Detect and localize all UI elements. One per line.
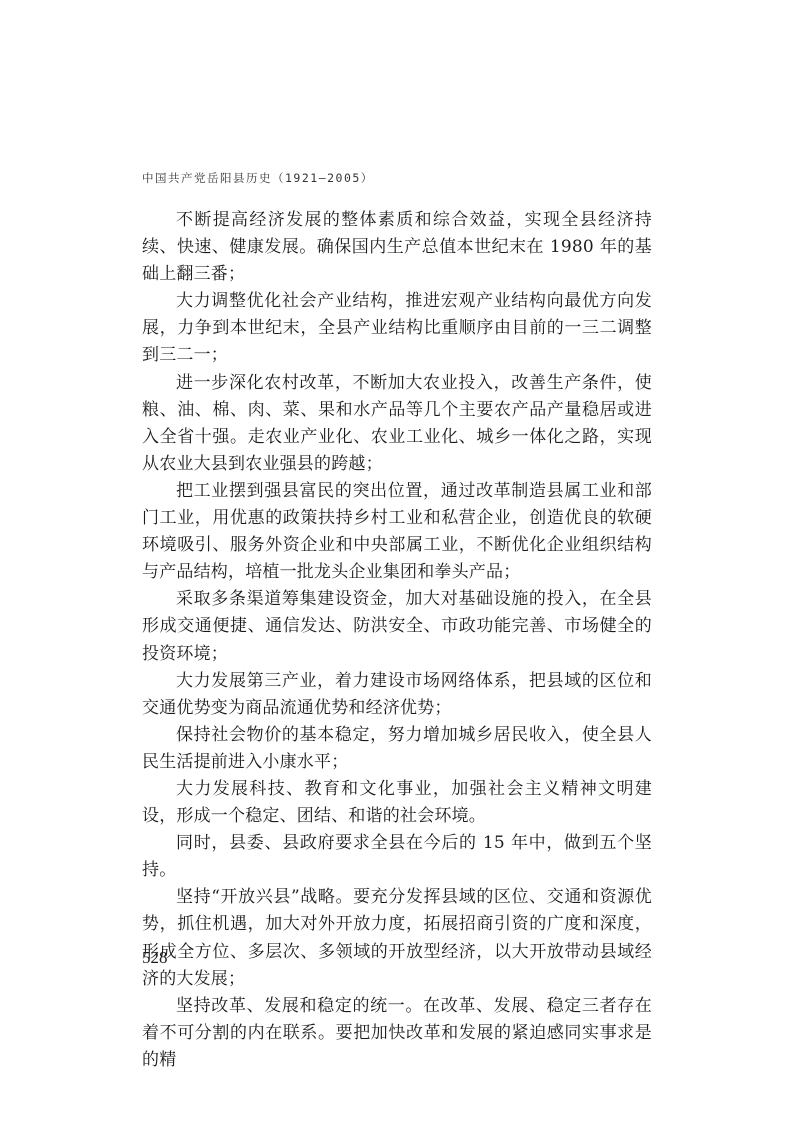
paragraph: 不断提高经济发展的整体素质和综合效益，实现全县经济持续、快速、健康发展。确保国内… xyxy=(142,207,652,288)
paragraph: 坚持改革、发展和稳定的统一。在改革、发展、稳定三者存在着不可分割的内在联系。要把… xyxy=(142,993,652,1074)
paragraph: 保持社会物价的基本稳定，努力增加城乡居民收入，使全县人民生活提前进入小康水平； xyxy=(142,722,652,776)
paragraph: 采取多条渠道筹集建设资金，加大对基础设施的投入，在全县形成交通便捷、通信发达、防… xyxy=(142,586,652,667)
page-number: 528 xyxy=(142,948,168,968)
paragraph: 大力发展科技、教育和文化事业，加强社会主义精神文明建设，形成一个稳定、团结、和谐… xyxy=(142,776,652,830)
paragraph: 大力调整优化社会产业结构，推进宏观产业结构向最优方向发展，力争到本世纪末，全县产… xyxy=(142,288,652,369)
paragraph: 进一步深化农村改革，不断加大农业投入，改善生产条件，使粮、油、棉、肉、菜、果和水… xyxy=(142,370,652,478)
paragraph: 大力发展第三产业，着力建设市场网络体系，把县域的区位和交通优势变为商品流通优势和… xyxy=(142,668,652,722)
body-text: 不断提高经济发展的整体素质和综合效益，实现全县经济持续、快速、健康发展。确保国内… xyxy=(142,207,652,1074)
paragraph: 坚持“开放兴县”战略。要充分发挥县域的区位、交通和资源优势，抓住机遇，加大对外开… xyxy=(142,884,652,992)
paragraph: 把工业摆到强县富民的突出位置，通过改革制造县属工业和部门工业，用优惠的政策扶持乡… xyxy=(142,478,652,586)
paragraph: 同时，县委、县政府要求全县在今后的 15 年中，做到五个坚持。 xyxy=(142,830,652,884)
running-header: 中国共产党岳阳县历史（1921—2005） xyxy=(142,170,374,186)
